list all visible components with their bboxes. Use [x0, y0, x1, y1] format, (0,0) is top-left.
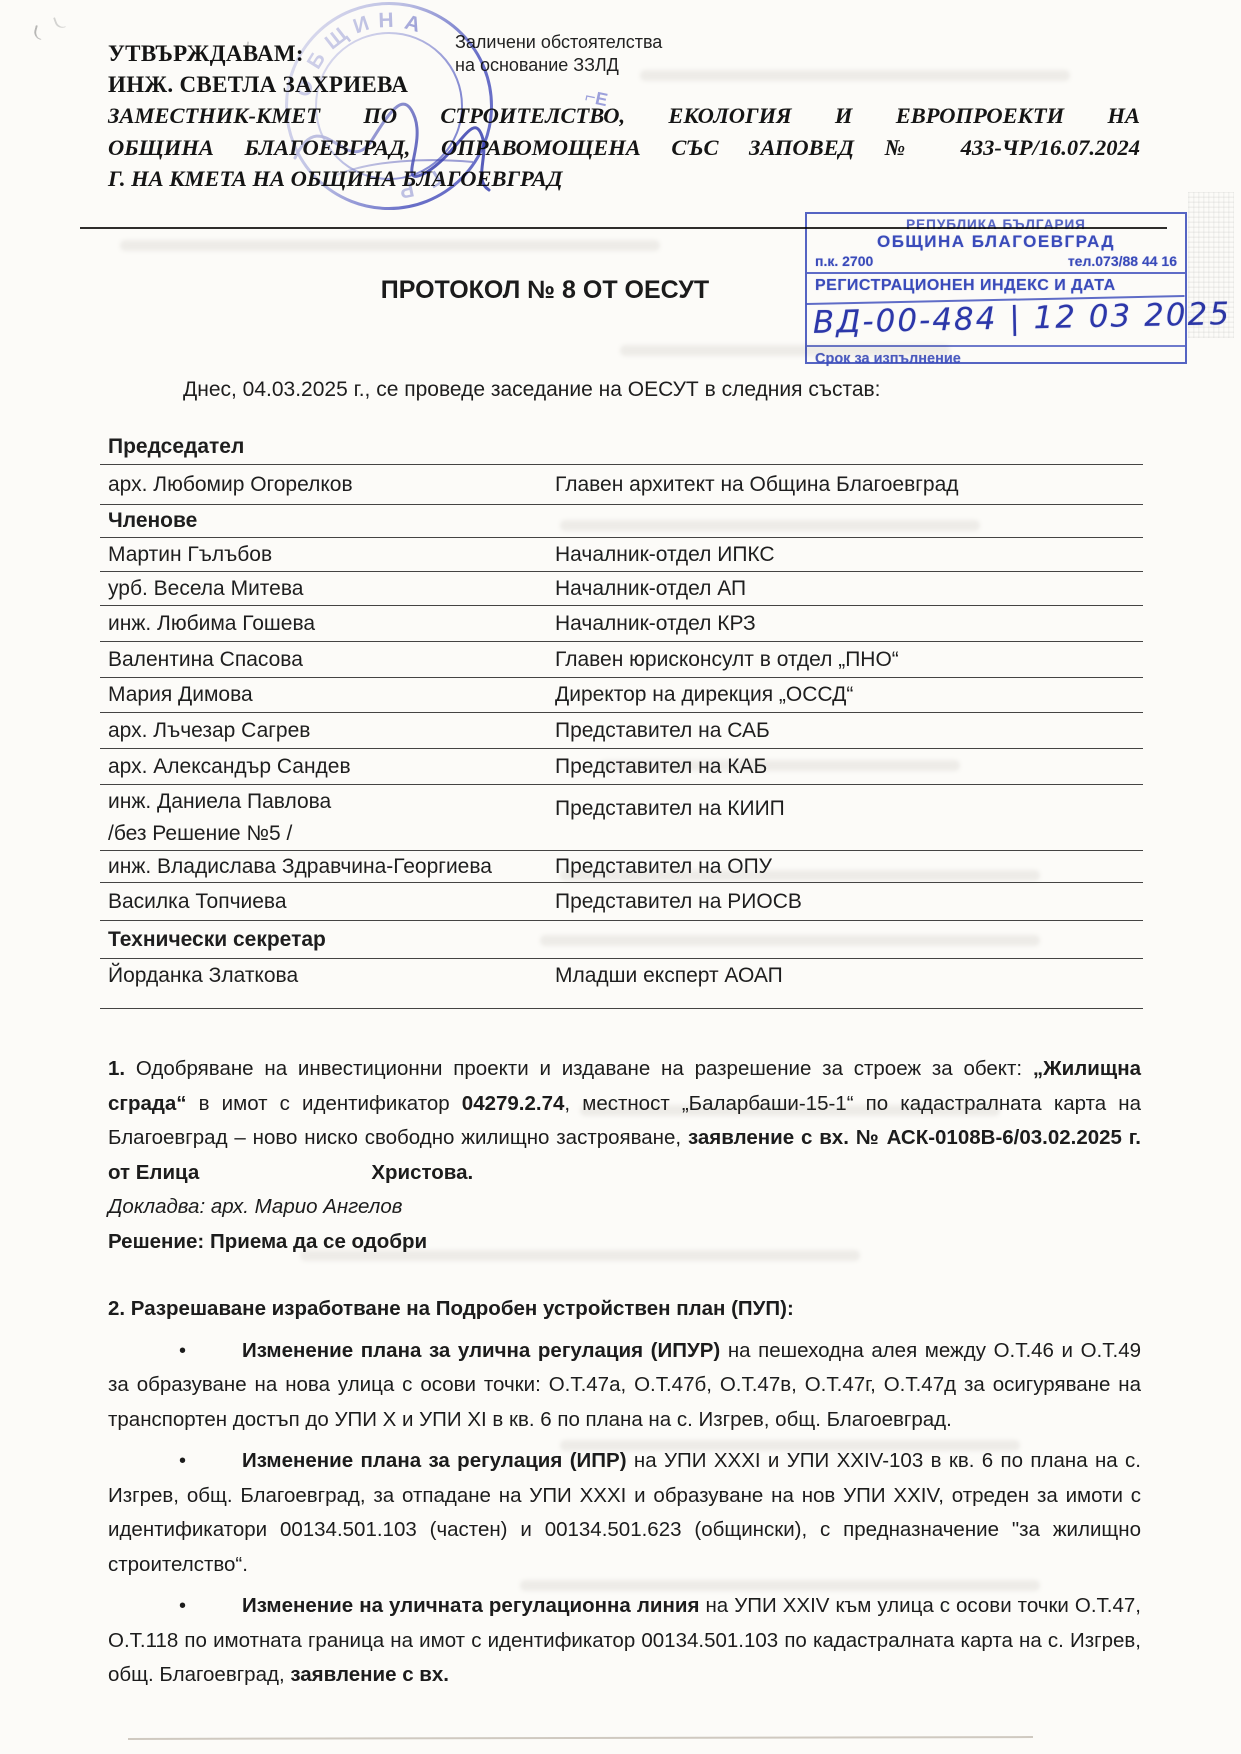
member-role: Началник-отдел ИПКС	[555, 543, 1143, 567]
member-role: Главен архитект на Община Благоевград	[555, 473, 1143, 497]
section-label: Председател	[100, 435, 555, 459]
member-role: Началник-отдел КРЗ	[555, 612, 1143, 636]
table-section-header: Технически секретар	[100, 921, 1143, 959]
member-role: Представител на КАБ	[555, 755, 1143, 779]
bullet-icon: •	[179, 1450, 186, 1472]
member-role: Представител на КИИП	[555, 785, 1143, 825]
item-2-heading: 2. Разрешаване изработване на Подробен у…	[108, 1292, 1141, 1327]
table-row: арх. Александър Сандев Представител на К…	[100, 749, 1143, 785]
agenda-body: 1. Одобряване на инвестиционни проекти и…	[108, 1052, 1141, 1693]
stamp-fragment: ⌐Ε	[583, 86, 609, 111]
stamp-municipality: ОБЩИНА БЛАГОЕВГРАД	[807, 232, 1185, 252]
stamp-arc-letter: Н	[375, 9, 398, 32]
pencil-mark	[53, 15, 66, 30]
stamp-postal-code: п.к. 2700	[815, 253, 873, 269]
bullet-icon: •	[179, 1340, 186, 1362]
bullet-icon: •	[179, 1595, 186, 1617]
member-role: Началник-отдел АП	[555, 577, 1143, 601]
member-name: урб. Весела Митева	[100, 577, 555, 601]
section-label: Членове	[100, 509, 555, 533]
table-section-header: Председател	[100, 430, 1143, 465]
section-label: Технически секретар	[100, 928, 555, 952]
table-row: Валентина Спасова Главен юрисконсулт в о…	[100, 642, 1143, 678]
member-name: арх. Лъчезар Сагрев	[100, 719, 555, 743]
member-role: Главен юрисконсулт в отдел „ПНО“	[555, 648, 1143, 672]
member-role: Представител на РИОСВ	[555, 890, 1143, 914]
table-row: Василка Топчиева Представител на РИОСВ	[100, 883, 1143, 921]
table-row: Мартин Гълъбов Началник-отдел ИПКС	[100, 538, 1143, 572]
table-row: инж. Даниела Павлова /без Решение №5 / П…	[100, 785, 1143, 851]
table-section-header: Членове	[100, 505, 1143, 538]
scan-bottom-line	[128, 1736, 1033, 1739]
stamp-phone: тел.073/88 44 16	[1068, 253, 1177, 269]
member-role: Директор на дирекция „ОССД“	[555, 683, 1143, 707]
table-row: Йорданка Златкова Младши експерт АОАП	[100, 959, 1143, 1009]
table-row: арх. Любомир Огорелков Главен архитект н…	[100, 465, 1143, 505]
member-name: Мария Димова	[100, 683, 555, 707]
member-name: арх. Александър Сандев	[100, 755, 555, 779]
member-name: Мартин Гълъбов	[100, 543, 555, 567]
member-name: инж. Любима Гошева	[100, 612, 555, 636]
scan-noise	[120, 240, 660, 251]
member-role: Младши експерт АОАП	[555, 964, 1143, 988]
document-title: ПРОТОКОЛ № 8 ОТ ОЕСУТ	[0, 276, 1090, 305]
item-1-decision: Решение: Приема да се одобри	[108, 1225, 1141, 1260]
item-2-bullet-3: •Изменение на уличната регулационна лини…	[108, 1589, 1141, 1693]
date-line: Днес, 04.03.2025 г., се проведе заседани…	[108, 378, 1140, 402]
member-name: инж. Владислава Здравчина-Георгиева	[100, 855, 555, 879]
item-1-reporter: Докладва: арх. Марио Ангелов	[108, 1190, 1141, 1225]
approver-title-line-1: ЗАМЕСТНИК-КМЕТ ПО СТРОИТЕЛСТВО, ЕКОЛОГИЯ…	[108, 100, 1140, 132]
member-name: инж. Даниела Павлова	[108, 786, 555, 818]
approver-title-line-2: ОБЩИНА БЛАГОЕВГРАД, ОПРАВОМОЩЕНА СЪС ЗАП…	[108, 132, 1140, 164]
approver-title-line-3: Г. НА КМЕТА НА ОБЩИНА БЛАГОЕВГРАД	[108, 163, 1140, 195]
table-row: урб. Весела Митева Началник-отдел АП	[100, 572, 1143, 606]
member-name: арх. Любомир Огорелков	[100, 473, 555, 497]
member-role: Представител на ОПУ	[555, 855, 1143, 879]
item-1-paragraph: 1. Одобряване на инвестиционни проекти и…	[108, 1052, 1141, 1190]
signature	[277, 40, 507, 210]
members-table: Председател арх. Любомир Огорелков Главе…	[100, 430, 1143, 1009]
member-name: Василка Топчиева	[100, 890, 555, 914]
table-row: арх. Лъчезар Сагрев Представител на САБ	[100, 713, 1143, 749]
stamp-deadline-label: Срок за изпълнение	[807, 345, 1185, 367]
member-name-note: /без Решение №5 /	[108, 818, 555, 850]
item-2-bullet-1: •Изменение плана за улична регулация (ИП…	[108, 1334, 1141, 1438]
item-2-bullet-2: •Изменение плана за регулация (ИПР) на У…	[108, 1444, 1141, 1582]
table-row: Мария Димова Директор на дирекция „ОССД“	[100, 678, 1143, 713]
table-row: инж. Любима Гошева Началник-отдел КРЗ	[100, 606, 1143, 642]
pencil-mark	[32, 25, 44, 40]
member-name: Валентина Спасова	[100, 648, 555, 672]
member-name: Йорданка Златкова	[100, 964, 555, 988]
round-stamp: О Б Щ И Н А Г Р	[285, 2, 493, 210]
member-role: Представител на САБ	[555, 719, 1143, 743]
stamp-country: РЕПУБЛИКА БЪЛГАРИЯ	[807, 214, 1185, 232]
table-row: инж. Владислава Здравчина-Георгиева Пред…	[100, 851, 1143, 883]
item-1-number: 1.	[108, 1057, 125, 1080]
